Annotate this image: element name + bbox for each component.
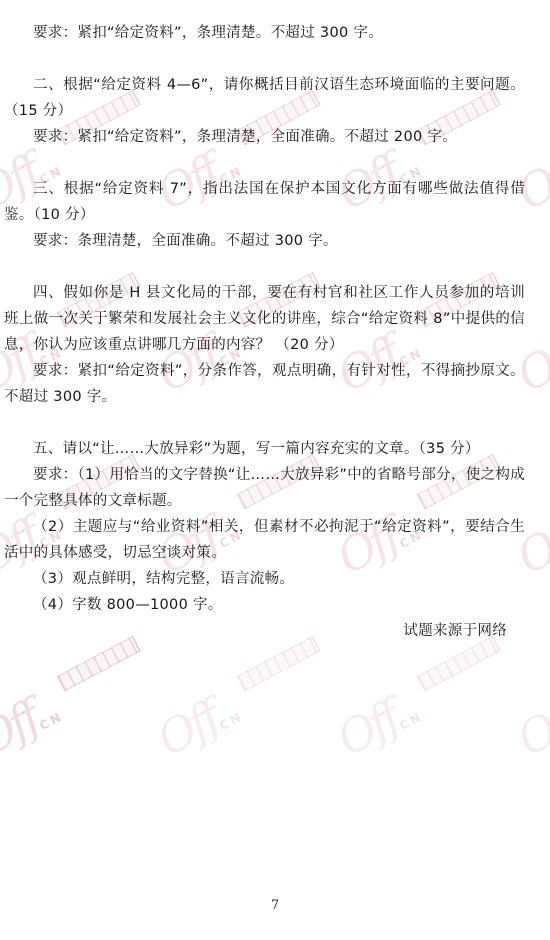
question-section: 三、根据“给定资料 7”，指出法国在保护本国文化方面有哪些做法值得借鉴。（10 …: [4, 176, 525, 254]
watermark-text-band: [57, 636, 141, 691]
watermark-cn-label: CN: [37, 709, 66, 733]
watermark-script-icon: Off: [328, 691, 406, 767]
watermark-text-band: [417, 636, 501, 691]
watermark-logo: OffCN: [0, 625, 165, 782]
watermark-text-band: [237, 636, 321, 691]
document-body: 要求：紧扣“给定资料”，条理清楚。不超过 300 字。二、根据“给定资料 4—6…: [4, 20, 525, 644]
paragraph: （2）主题应与“给业资料”相关，但素材不必拘泥于“给定资料”，要结合生活中的具体…: [4, 514, 525, 566]
watermark-logo: OffCN: [505, 625, 550, 782]
paragraph: 要求：紧扣“给定资料”，条理清楚，全面准确。不超过 200 字。: [4, 124, 525, 150]
paragraph: 三、根据“给定资料 7”，指出法国在保护本国文化方面有哪些做法值得借鉴。（10 …: [4, 176, 525, 228]
watermark-script-icon: Off: [508, 691, 550, 767]
watermark-logo: OffCN: [145, 625, 346, 782]
question-section: 要求：紧扣“给定资料”，条理清楚。不超过 300 字。: [4, 20, 525, 46]
watermark-script-icon: Off: [148, 691, 226, 767]
source-note: 试题来源于网络: [4, 618, 525, 644]
watermark-script-icon: Off: [0, 691, 46, 767]
question-section: 五、请以“让……大放异彩”为题，写一篇内容充实的文章。（35 分）要求：（1）用…: [4, 436, 525, 618]
paragraph: 四、假如你是 H 县文化局的干部，要在有村官和社区工作人员参加的培训班上做一次关…: [4, 280, 525, 358]
watermark-cn-label: CN: [217, 709, 246, 733]
paragraph: （4）字数 800—1000 字。: [4, 592, 525, 618]
question-section: 二、根据“给定资料 4—6”，请你概括目前汉语生态环境面临的主要问题。（15 分…: [4, 72, 525, 150]
paragraph: 要求：紧扣“给定资料”，分条作答，观点明确，有针对性，不得摘抄原文。不超过 30…: [4, 358, 525, 410]
question-section: 四、假如你是 H 县文化局的干部，要在有村官和社区工作人员参加的培训班上做一次关…: [4, 280, 525, 410]
paragraph: 要求：条理清楚，全面准确。不超过 300 字。: [4, 228, 525, 254]
watermark-cn-label: CN: [397, 709, 426, 733]
paragraph: 要求：紧扣“给定资料”，条理清楚。不超过 300 字。: [4, 20, 525, 46]
paragraph: （3）观点鲜明，结构完整，语言流畅。: [4, 566, 525, 592]
paragraph: 二、根据“给定资料 4—6”，请你概括目前汉语生态环境面临的主要问题。（15 分…: [4, 72, 525, 124]
paragraph: 要求：（1）用恰当的文字替换“让……大放异彩”中的省略号部分，使之构成一个完整具…: [4, 462, 525, 514]
paragraph: 五、请以“让……大放异彩”为题，写一篇内容充实的文章。（35 分）: [4, 436, 525, 462]
page-number: 7: [0, 898, 550, 913]
question-sections: 要求：紧扣“给定资料”，条理清楚。不超过 300 字。二、根据“给定资料 4—6…: [4, 20, 525, 618]
watermark-logo: OffCN: [325, 625, 526, 782]
